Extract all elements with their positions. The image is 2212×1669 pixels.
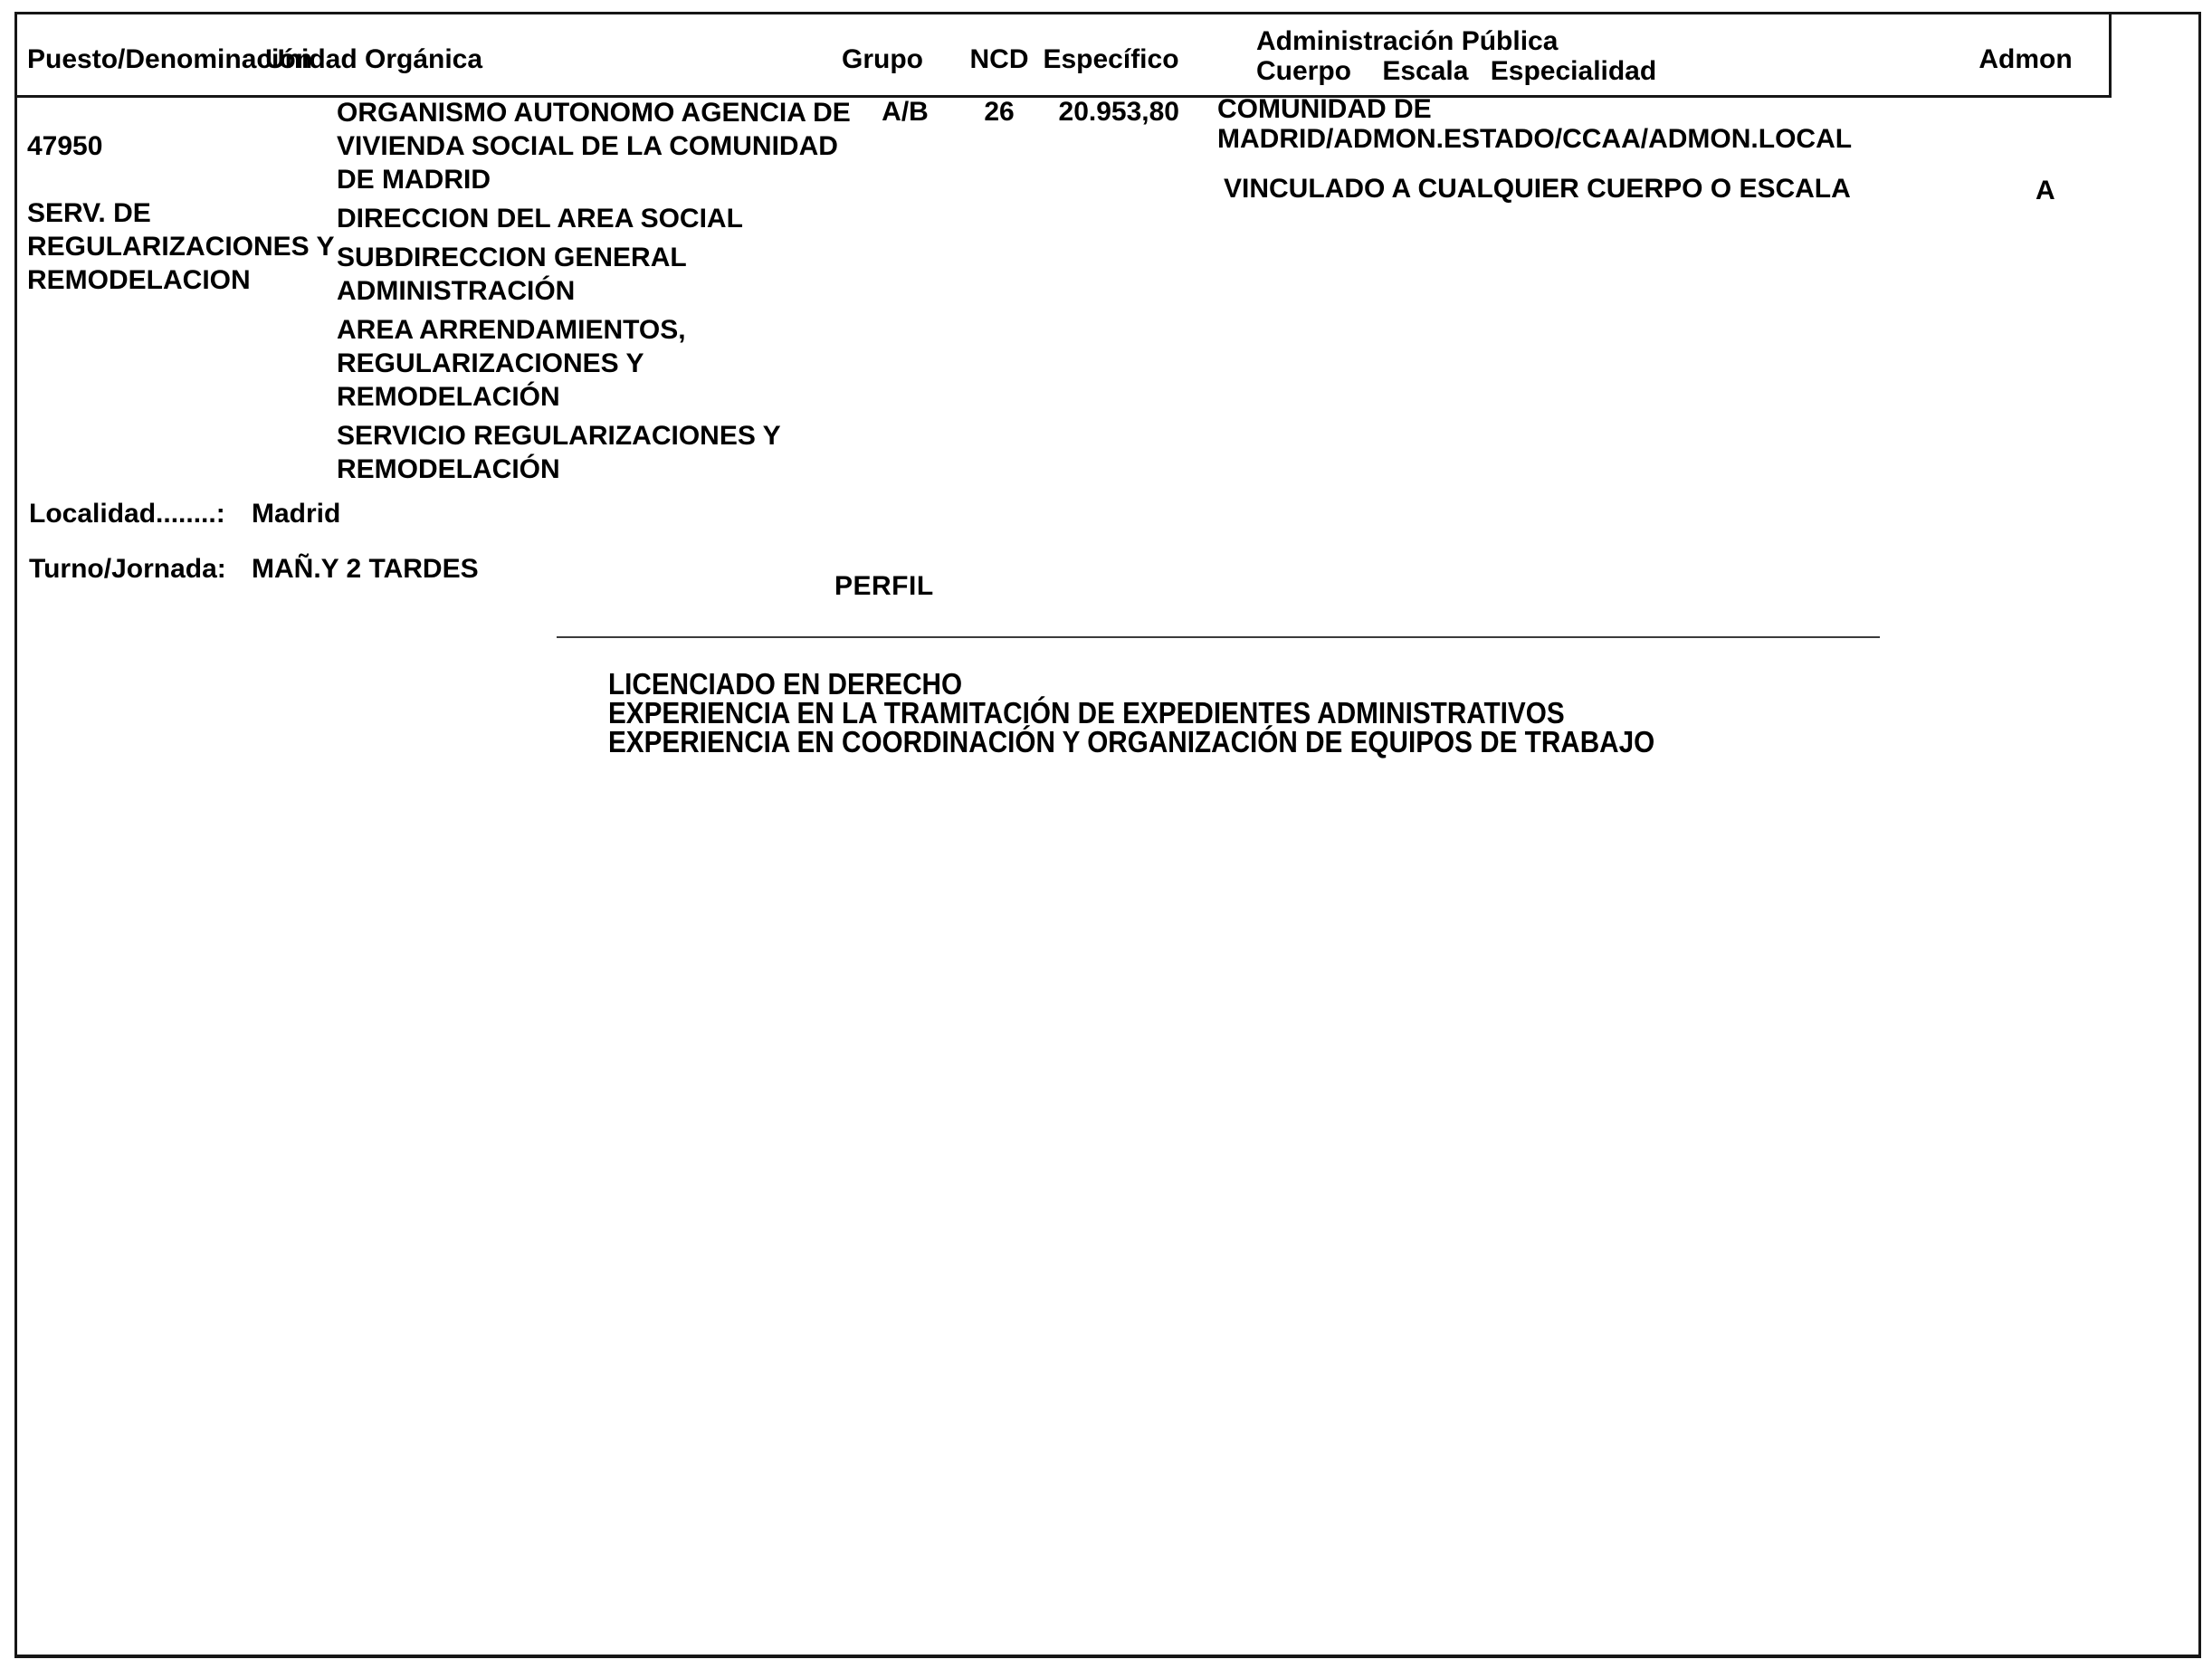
table-header-row: Puesto/Denominación Unidad Orgánica Grup… xyxy=(14,12,2112,98)
column-header-admon: Admon xyxy=(1973,44,2078,75)
column-header-especialidad: Especialidad xyxy=(1491,56,1656,86)
puesto-codigo: 47950 xyxy=(27,129,335,163)
turno-jornada-value: MAÑ.Y 2 TARDES xyxy=(252,554,479,585)
column-header-unidad-organica: Unidad Orgánica xyxy=(265,44,482,75)
perfil-divider-line xyxy=(557,636,1880,638)
column-header-administracion-publica-group: Administración Pública Cuerpo Escala Esp… xyxy=(1256,26,1656,86)
cell-grupo-value: A/B xyxy=(853,97,958,128)
unidad-organica-item: SUBDIRECCION GENERAL ADMINISTRACIÓN xyxy=(337,241,857,308)
perfil-item: EXPERIENCIA EN COORDINACIÓN Y ORGANIZACI… xyxy=(608,728,1771,757)
localidad-label: Localidad........: xyxy=(29,499,225,529)
cell-administracion-publica-value: COMUNIDAD DE MADRID/ADMON.ESTADO/CCAA/AD… xyxy=(1217,94,1852,154)
document-page: Puesto/Denominación Unidad Orgánica Grup… xyxy=(0,0,2212,1669)
perfil-section-title: PERFIL xyxy=(834,571,934,602)
vinculacion-text: VINCULADO A CUALQUIER CUERPO O ESCALA xyxy=(1224,174,1851,205)
unidad-organica-item: ORGANISMO AUTONOMO AGENCIA DE VIVIENDA S… xyxy=(337,96,857,196)
puesto-denominacion: SERV. DE REGULARIZACIONES Y REMODELACION xyxy=(27,196,335,297)
localidad-value: Madrid xyxy=(252,499,340,529)
column-header-administracion-publica: Administración Pública xyxy=(1256,26,1656,56)
column-header-especifico: Específico xyxy=(1041,44,1181,75)
column-header-escala: Escala xyxy=(1382,56,1468,86)
cell-puesto-denominacion: 47950 SERV. DE REGULARIZACIONES Y REMODE… xyxy=(27,96,335,330)
column-header-cuerpo-escala-especialidad: Cuerpo Escala Especialidad xyxy=(1256,56,1656,86)
cell-unidad-organica: ORGANISMO AUTONOMO AGENCIA DE VIVIENDA S… xyxy=(337,96,857,491)
cell-especifico-value: 20.953,80 xyxy=(1036,97,1179,128)
column-header-ncd: NCD xyxy=(947,44,1052,75)
unidad-organica-item: SERVICIO REGULARIZACIONES Y REMODELACIÓN xyxy=(337,419,857,486)
perfil-item: LICENCIADO EN DERECHO xyxy=(608,670,1771,699)
column-header-grupo: Grupo xyxy=(830,44,935,75)
column-header-cuerpo: Cuerpo xyxy=(1256,56,1351,86)
perfil-requirements-list: LICENCIADO EN DERECHO EXPERIENCIA EN LA … xyxy=(608,670,1771,757)
unidad-organica-item: AREA ARRENDAMIENTOS, REGULARIZACIONES Y … xyxy=(337,313,857,414)
perfil-item: EXPERIENCIA EN LA TRAMITACIÓN DE EXPEDIE… xyxy=(608,699,1771,728)
turno-jornada-label: Turno/Jornada: xyxy=(29,554,226,585)
unidad-organica-item: DIRECCION DEL AREA SOCIAL xyxy=(337,202,857,235)
cell-admon-value: A xyxy=(2036,176,2055,206)
